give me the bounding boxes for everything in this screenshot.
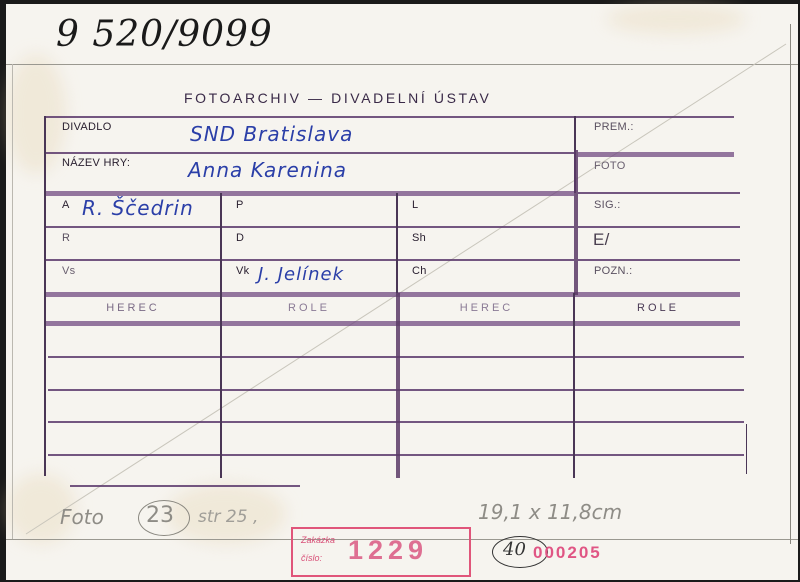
serial-number: 000205 [533,543,602,563]
label-d: D [236,232,244,244]
form-rule [44,292,740,297]
circled-number: 40 [503,539,526,560]
form-rule [44,152,574,154]
column-header-role: ROLE [576,302,740,314]
form-divider [574,150,578,295]
label-prem: PREM.: [594,121,634,133]
form-divider [396,193,398,293]
value-vk[interactable]: J. Jelínek [258,264,344,285]
form-divider [396,293,400,478]
label-nazev-hry: NÁZEV HRY: [62,157,130,169]
pencil-note-number: 23 [146,503,174,528]
value-nazev-hry[interactable]: Anna Karenina [188,158,347,182]
label-l: L [412,199,418,211]
column-header-herec: HEREC [400,302,573,314]
form-divider [220,193,222,293]
form-rule [578,152,734,157]
stamp-number: 1229 [348,535,428,566]
form-rule [578,192,740,194]
order-stamp: Zakázka číslo: 1229 [291,527,471,577]
column-header-role: ROLE [222,302,396,314]
form-divider [220,293,222,478]
record-form: DIVADLO SND Bratislava NÁZEV HRY: Anna K… [0,0,800,582]
form-rule [44,321,740,326]
label-p: P [236,199,244,211]
label-pozn: POZN.: [594,265,632,277]
label-vs: Vs [62,265,75,277]
label-foto: FOTO [594,160,626,172]
value-a[interactable]: R. Ščedrin [82,196,194,220]
column-header-herec: HEREC [46,302,220,314]
label-e: E/ [593,230,610,250]
form-rule [44,226,574,228]
pencil-dimensions: 19,1 x 11,8cm [478,500,622,524]
label-vk: Vk [236,265,249,277]
value-divadlo[interactable]: SND Bratislava [190,122,353,146]
stamp-label-zakazka: Zakázka [301,535,335,545]
form-rule [44,259,574,261]
label-a: A [62,199,70,211]
form-divider [746,424,747,474]
form-rule [578,226,740,228]
stamp-label-cislo: číslo: [301,553,322,563]
pencil-note-page: str 25 , [198,507,258,527]
form-rule [70,485,300,487]
form-divider [573,293,575,478]
form-border-top [44,116,734,118]
label-divadlo: DIVADLO [62,121,112,133]
label-sh: Sh [412,232,426,244]
form-border-left [44,116,46,476]
label-ch: Ch [412,265,427,277]
label-r: R [62,232,70,244]
label-sig: SIG.: [594,199,621,211]
pencil-note-foto: Foto [60,505,104,529]
form-rule [578,259,740,261]
